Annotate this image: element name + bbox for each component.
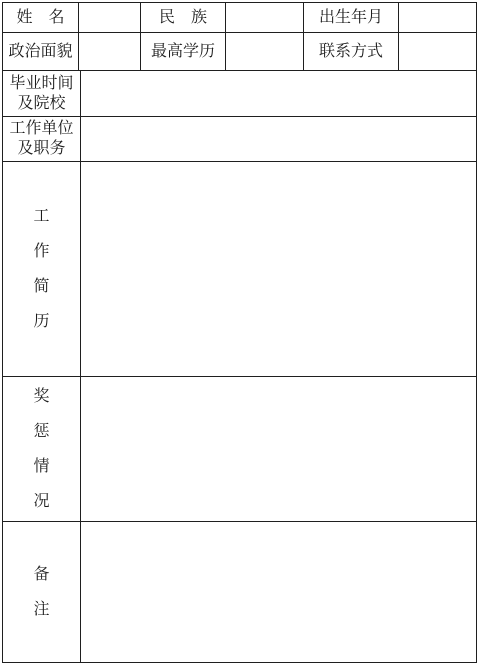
highest-education-value-cell [226, 33, 304, 70]
personnel-form-document: 姓 名 民 族 出生年月 政治面貌 最高学历 联系方式 毕业时间 及院校 工作单… [0, 0, 479, 668]
personnel-form-table: 姓 名 民 族 出生年月 政治面貌 最高学历 联系方式 毕业时间 及院校 工作单… [2, 2, 477, 663]
table-row-rewards-punishments: 奖 惩 情 况 [3, 377, 476, 522]
graduation-time-school-label: 毕业时间 及院校 [3, 71, 81, 116]
work-history-value-cell [81, 162, 476, 376]
birth-date-value-cell [399, 3, 476, 32]
rewards-punishments-value-cell [81, 377, 476, 521]
remarks-label: 备 注 [3, 522, 81, 662]
work-unit-position-value-cell [81, 117, 476, 161]
political-status-label: 政治面貌 [3, 33, 79, 70]
table-row-basic-info-2: 政治面貌 最高学历 联系方式 [3, 33, 476, 71]
ethnicity-label: 民 族 [141, 3, 226, 32]
remarks-value-cell [81, 522, 476, 662]
table-row-employer: 工作单位 及职务 [3, 117, 476, 162]
ethnicity-value-cell [226, 3, 304, 32]
highest-education-label: 最高学历 [141, 33, 226, 70]
name-value-cell [79, 3, 141, 32]
name-label: 姓 名 [3, 3, 79, 32]
table-row-basic-info-1: 姓 名 民 族 出生年月 [3, 3, 476, 33]
political-status-value-cell [79, 33, 141, 70]
graduation-time-school-value-cell [81, 71, 476, 116]
birth-date-label: 出生年月 [304, 3, 399, 32]
table-row-work-history: 工 作 简 历 [3, 162, 476, 377]
contact-info-label: 联系方式 [304, 33, 399, 70]
rewards-punishments-label: 奖 惩 情 况 [3, 377, 81, 521]
contact-info-value-cell [399, 33, 476, 70]
table-row-graduation: 毕业时间 及院校 [3, 71, 476, 117]
work-history-label: 工 作 简 历 [3, 162, 81, 376]
table-row-remarks: 备 注 [3, 522, 476, 662]
work-unit-position-label: 工作单位 及职务 [3, 117, 81, 161]
